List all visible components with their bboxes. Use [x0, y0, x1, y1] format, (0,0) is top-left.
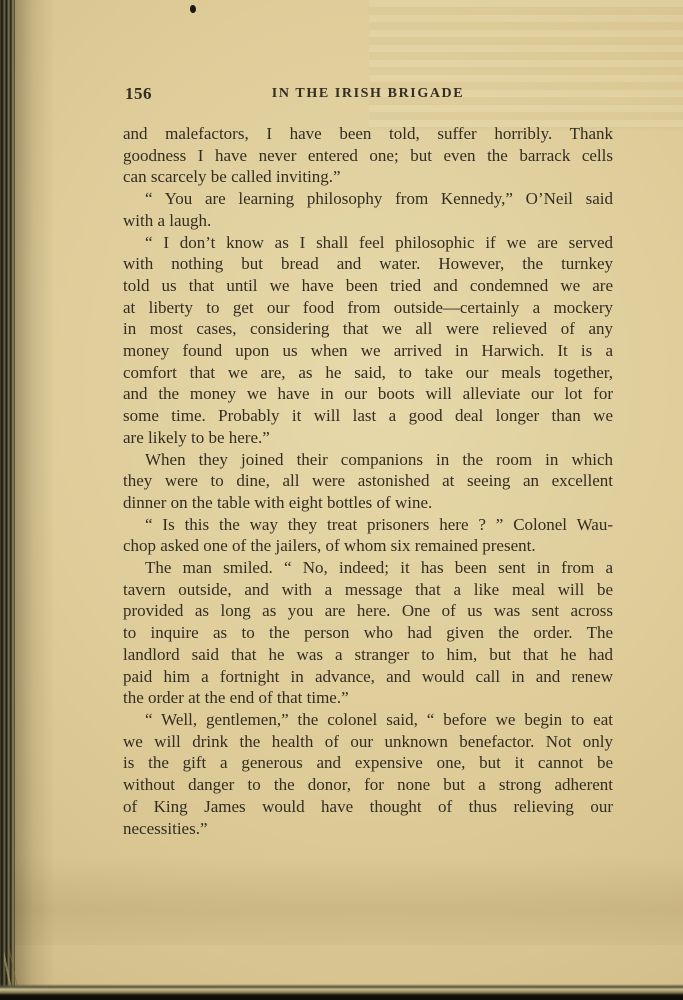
text-line: landlord said that he was a stranger to …: [123, 644, 613, 666]
text-line: with nothing but bread and water. Howeve…: [123, 253, 613, 275]
text-line: and the money we have in our boots will …: [123, 383, 613, 405]
text-line: chop asked one of the jailers, of whom s…: [123, 535, 613, 557]
text-line: “ Is this the way they treat prisoners h…: [123, 514, 613, 536]
text-line: we will drink the health of our unknown …: [123, 731, 613, 753]
text-line: is the gift a generous and expensive one…: [123, 752, 613, 774]
book-binding-edge: [0, 0, 15, 1000]
text-line: paid him a fortnight in advance, and wou…: [123, 666, 613, 688]
text-line: of King James would have thought of thus…: [123, 796, 613, 818]
text-line: “ You are learning philosophy from Kenne…: [123, 188, 613, 210]
text-line: dinner on the table with eight bottles o…: [123, 492, 613, 514]
text-line: to inquire as to the person who had give…: [123, 622, 613, 644]
text-line: in most cases, considering that we all w…: [123, 318, 613, 340]
scan-bottom-edge: [0, 984, 683, 1000]
text-line: some time. Probably it will last a good …: [123, 405, 613, 427]
paragraph: “ Is this the way they treat prisoners h…: [123, 514, 613, 557]
text-line: “ Well, gentlemen,” the colonel said, “ …: [123, 709, 613, 731]
text-line: with a laugh.: [123, 210, 613, 232]
paragraph: “ You are learning philosophy from Kenne…: [123, 188, 613, 231]
book-scan-screenshot: 156 IN THE IRISH BRIGADE and malefactors…: [0, 0, 683, 1000]
text-line: When they joined their companions in the…: [123, 449, 613, 471]
paragraph: “ Well, gentlemen,” the colonel said, “ …: [123, 709, 613, 839]
text-line: at liberty to get our food from outside—…: [123, 297, 613, 319]
text-line: and malefactors, I have been told, suffe…: [123, 123, 613, 145]
page-gutter-shadow: [15, 0, 55, 1000]
ink-speck: [190, 5, 196, 13]
paragraph: When they joined their companions in the…: [123, 449, 613, 514]
text-line: the order at the end of that time.”: [123, 687, 613, 709]
text-line: without danger to the donor, for none bu…: [123, 774, 613, 796]
text-line: “ I don’t know as I shall feel philosoph…: [123, 232, 613, 254]
text-line: goodness I have never entered one; but e…: [123, 145, 613, 167]
text-line: comfort that we are, as he said, to take…: [123, 362, 613, 384]
text-line: money found upon us when we arrived in H…: [123, 340, 613, 362]
printed-content: 156 IN THE IRISH BRIGADE and malefactors…: [123, 84, 613, 839]
text-line: told us that until we have been tried an…: [123, 275, 613, 297]
text-line: The man smiled. “ No, indeed; it has bee…: [123, 557, 613, 579]
text-line: provided as long as you are here. One of…: [123, 600, 613, 622]
paragraph: “ I don’t know as I shall feel philosoph…: [123, 232, 613, 449]
text-line: tavern outside, and with a message that …: [123, 579, 613, 601]
running-head-title: IN THE IRISH BRIGADE: [123, 86, 613, 102]
text-line: can scarcely be called inviting.”: [123, 166, 613, 188]
text-line: they were to dine, all were astonished a…: [123, 470, 613, 492]
paragraph: and malefactors, I have been told, suffe…: [123, 123, 613, 188]
paragraph: The man smiled. “ No, indeed; it has bee…: [123, 557, 613, 709]
text-line: are likely to be here.”: [123, 427, 613, 449]
text-block: and malefactors, I have been told, suffe…: [123, 123, 613, 839]
page-bottom-shadow: [0, 855, 683, 945]
page-header: 156 IN THE IRISH BRIGADE: [123, 84, 613, 103]
text-line: necessities.”: [123, 818, 613, 840]
